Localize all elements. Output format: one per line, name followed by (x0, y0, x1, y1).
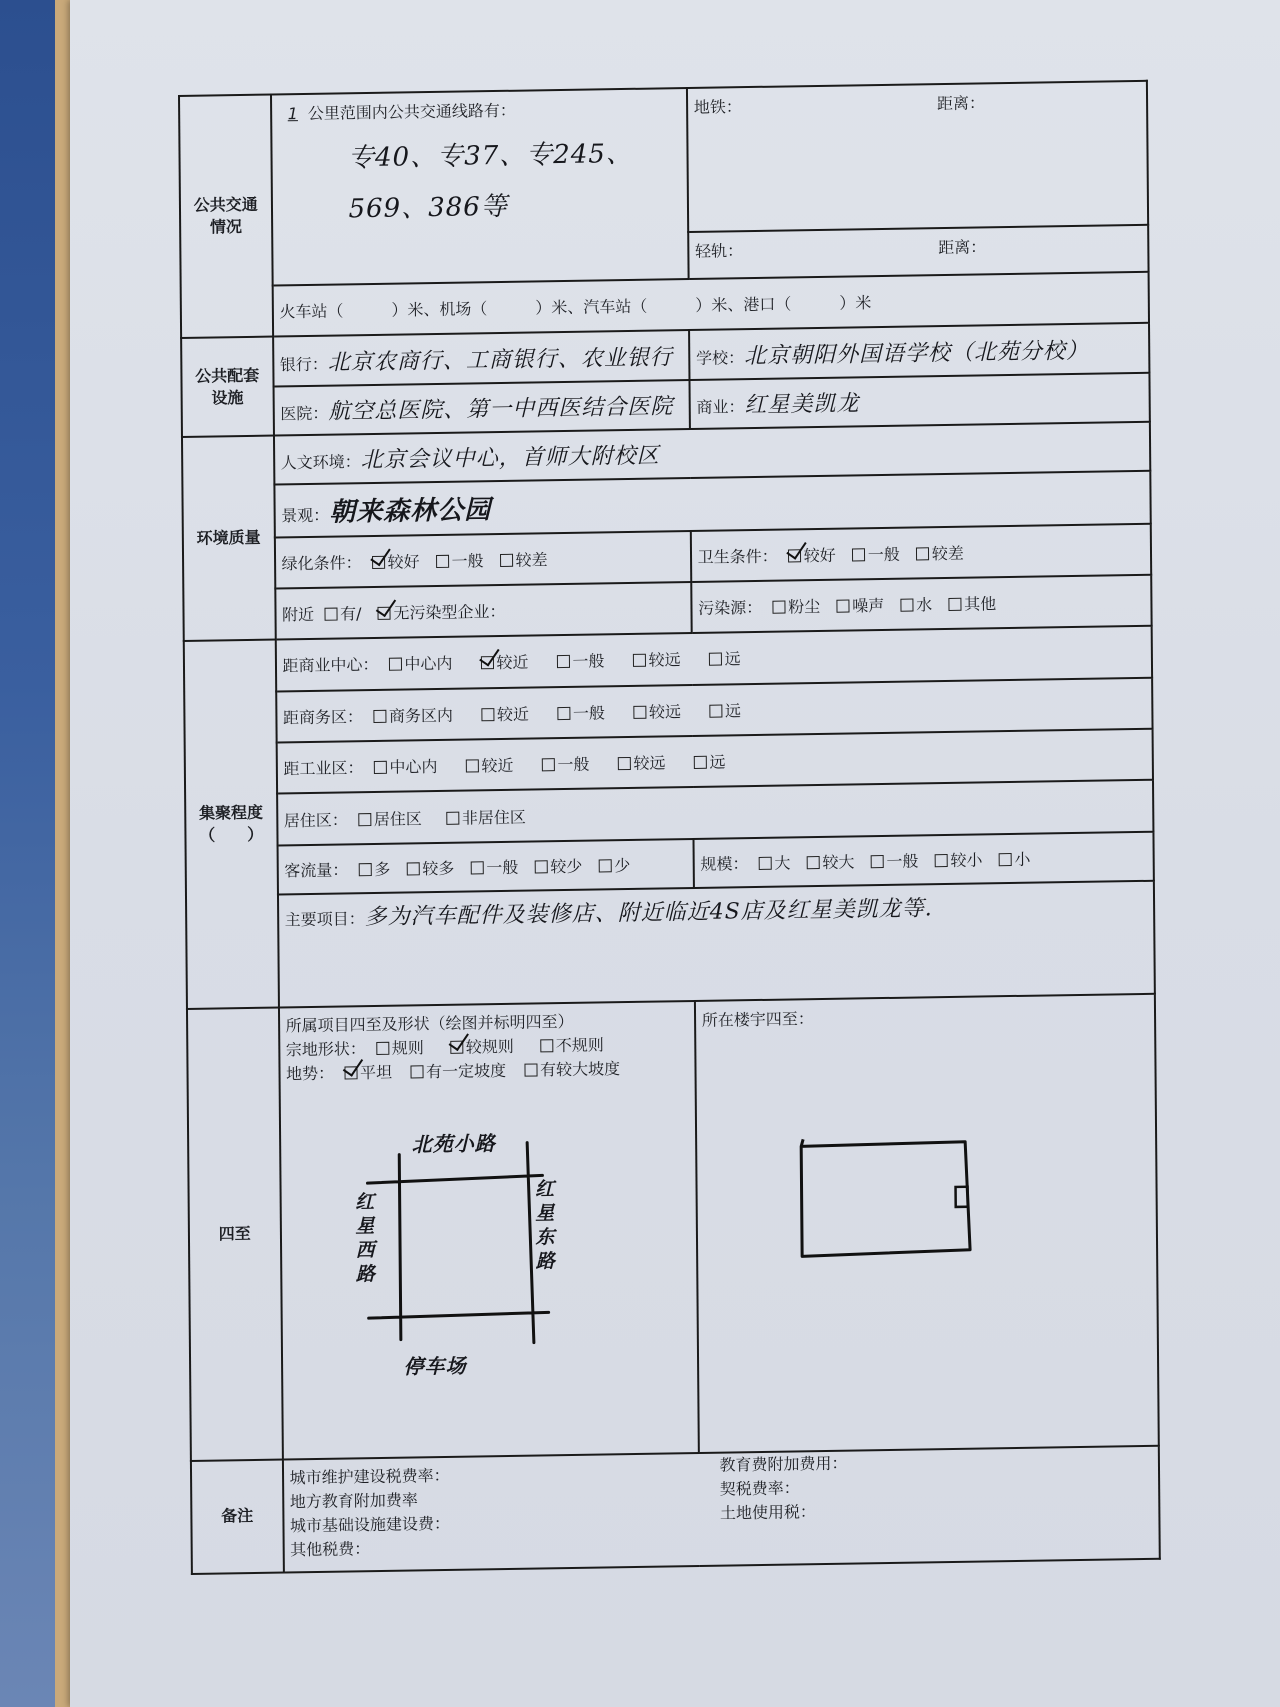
checkbox-label: 较规则 (466, 1037, 514, 1057)
bank-cell: 银行：北京农商行、工商银行、农业银行 (273, 330, 690, 386)
commerce-label: 商业： (696, 397, 744, 417)
main-projects-value[interactable]: 多为汽车配件及装修店、附近临近4S店及红星美凯龙等. (365, 896, 933, 930)
school-value[interactable]: 北京朝阳外国语学校（北苑分校） (744, 338, 1089, 368)
checkbox-icon[interactable] (410, 1065, 423, 1078)
checkbox-label: 远 (709, 753, 725, 772)
hygiene-label: 卫生条件： (698, 546, 778, 566)
checkbox-label: 较多 (422, 859, 454, 879)
checkbox-icon[interactable] (541, 758, 554, 771)
checkbox-option[interactable]: 较近 (470, 653, 528, 673)
subway-cell: 地铁： 距离： (687, 81, 1148, 232)
checkbox-label: 一般 (868, 545, 900, 565)
section-title: 公共交通 (187, 194, 265, 217)
checkbox-label: 较大 (822, 852, 854, 872)
remarks-right: 教育费附加费用： 契税费率： 土地使用税： (719, 1452, 848, 1556)
section-environment: 环境质量 (182, 435, 275, 641)
section-facilities: 公共配套 设施 (181, 337, 273, 437)
business-label: 距商务区： (283, 707, 363, 727)
checkbox-option[interactable]: 有较大坡度 (514, 1059, 620, 1080)
section-title: 环境质量 (190, 527, 268, 550)
checkbox-option[interactable]: 有一定坡度 (400, 1061, 506, 1082)
bank-label: 银行： (280, 354, 328, 374)
checkbox-option[interactable]: 规则 (366, 1038, 424, 1058)
checkbox-option[interactable]: 较差 (490, 550, 548, 570)
checkbox-icon[interactable] (557, 707, 570, 720)
checkbox-icon[interactable] (617, 757, 630, 770)
commerce-value[interactable]: 红星美凯龙 (744, 391, 859, 418)
plot-sketch-drawing (337, 1131, 639, 1396)
section-title: 公共配套 (188, 364, 266, 387)
project-boundaries-cell: 所属项目四至及形状（绘图并标明四至） 宗地形状：规则较规则不规则 地势：平坦有一… (278, 1001, 698, 1459)
checkbox-icon[interactable] (948, 598, 961, 611)
commercial-label: 距商业中心： (282, 655, 378, 676)
checkbox-label: 远 (725, 701, 741, 720)
checkbox-option[interactable]: 一般 (547, 703, 605, 723)
checkbox-option[interactable]: 较远 (623, 702, 681, 722)
nearby-options: 有/无污染型企业： (314, 602, 512, 624)
hygiene-cell: 卫生条件：较好一般较差 (691, 523, 1152, 582)
checkbox-label: 较远 (648, 651, 680, 671)
checkbox-option[interactable]: 较远 (607, 754, 665, 774)
pollution-cell: 污染源：粉尘噪声水其他 (691, 575, 1152, 634)
building-sketch-drawing (793, 1131, 1014, 1274)
checkbox-label: 一般 (572, 652, 604, 672)
checkbox-option[interactable]: 水 (890, 595, 932, 615)
stations-text: 火车站（ ）米、机场（ ）米、汽车站（ ）米、港口（ ）米 (279, 293, 871, 321)
remarks-cell: 城市维护建设税费率： 地方教育附加费率 城市基础设施建设费： 其他税费： 教育费… (282, 1446, 1159, 1573)
checkbox-icon[interactable] (556, 655, 569, 668)
checkbox-label: 居住区 (374, 809, 422, 829)
lightrail-distance-label: 距离： (938, 237, 986, 257)
scale-options: 大较大一般较小小 (748, 849, 1036, 873)
checkbox-option[interactable]: 较远 (622, 651, 680, 671)
checkbox-label: 较好 (804, 546, 836, 566)
pollution-options: 粉尘噪声水其他 (762, 594, 1002, 617)
industrial-label: 距工业区： (283, 758, 363, 778)
checkbox-label: 一般 (573, 703, 605, 723)
checkbox-icon[interactable] (358, 863, 371, 876)
checked-box-icon[interactable] (788, 549, 801, 562)
remark-item: 契税费率： (720, 1476, 848, 1502)
checkbox-label: 大 (774, 853, 790, 872)
checkbox-label: 中心内 (389, 757, 437, 777)
checked-box-icon[interactable] (344, 1066, 357, 1079)
checkbox-icon[interactable] (870, 855, 883, 868)
checked-box-icon[interactable] (377, 607, 390, 620)
section-title: 四至 (196, 1223, 274, 1246)
checkbox-option[interactable]: 较少 (524, 857, 582, 877)
checked-box-icon[interactable] (372, 556, 385, 569)
checkbox-icon[interactable] (758, 857, 771, 870)
building-heading: 所在楼宇四至： (702, 1001, 1148, 1031)
checkbox-option[interactable]: 远 (683, 753, 725, 773)
section-remarks: 备注 (191, 1459, 283, 1574)
checkbox-icon[interactable] (534, 860, 547, 873)
remark-item: 土地使用税： (720, 1500, 848, 1526)
checkbox-label: 不规则 (556, 1035, 604, 1055)
checkbox-option[interactable]: 非居住区 (436, 807, 526, 827)
checkbox-option[interactable]: 较小 (924, 850, 982, 870)
nearby-cell: 附近有/无污染型企业： (275, 582, 692, 640)
sketch-north-label: 北苑小路 (412, 1131, 496, 1156)
checkbox-label: 较远 (649, 702, 681, 722)
checkbox-label: 水 (916, 595, 932, 614)
checkbox-label: 平坦 (360, 1063, 392, 1083)
checkbox-label: 无污染型企业： (393, 602, 505, 623)
remarks-left: 城市维护建设税费率： 地方教育附加费率 城市基础设施建设费： 其他税费： (289, 1460, 720, 1563)
checkbox-icon[interactable] (693, 756, 706, 769)
section-title: 集聚程度 (192, 802, 270, 825)
checkbox-label: 一般 (557, 755, 589, 775)
checkbox-icon[interactable] (916, 547, 929, 560)
scale-label: 规模： (700, 854, 748, 874)
checkbox-label: 有一定坡度 (426, 1061, 506, 1081)
hospital-cell: 医院：航空总医院、第一中西医结合医院 (273, 380, 690, 436)
section-boundaries: 四至 (187, 1007, 282, 1460)
survey-form: 公共交通 情况 1公里范围内公共交通线路有： 专40、专37、专245、 569… (178, 80, 1161, 1575)
checkbox-option[interactable]: 不规则 (530, 1035, 604, 1055)
section-transport: 公共交通 情况 (179, 95, 273, 339)
section-title: 备注 (198, 1505, 276, 1528)
checkbox-icon[interactable] (500, 554, 513, 567)
checkbox-label: 较少 (550, 857, 582, 877)
business-options: 商务区内较近一般较远远 (363, 701, 759, 726)
checkbox-icon[interactable] (436, 555, 449, 568)
checkbox-label: 粉尘 (788, 597, 820, 617)
checkbox-icon[interactable] (934, 854, 947, 867)
checkbox-label: 一般 (886, 851, 918, 871)
industrial-options: 中心内较近一般较远远 (363, 752, 743, 777)
checkbox-icon[interactable] (772, 601, 785, 614)
checkbox-icon[interactable] (633, 706, 646, 719)
project-sketch: 北苑小路 红星西路 红星东路 停车场 (286, 1080, 691, 1416)
checkbox-icon[interactable] (998, 853, 1011, 866)
checked-box-icon[interactable] (480, 657, 493, 670)
main-projects-cell: 主要项目：多为汽车配件及装修店、附近临近4S店及红星美凯龙等. (277, 881, 1154, 1008)
checkbox-option[interactable]: 多 (348, 860, 390, 880)
section-agglomeration: 集聚程度 （ ） (184, 640, 279, 1009)
checkbox-icon[interactable] (465, 760, 478, 773)
checkbox-option[interactable]: 远 (699, 701, 741, 721)
checkbox-option[interactable]: 平坦 (334, 1063, 392, 1083)
checkbox-label: 商务区内 (389, 706, 453, 726)
checkbox-option[interactable]: 一般 (546, 652, 604, 672)
checkbox-icon[interactable] (373, 710, 386, 723)
subway-label: 地铁： (694, 97, 742, 117)
checkbox-icon[interactable] (376, 1042, 389, 1055)
nearby-prefix: 附近 (282, 605, 314, 625)
hygiene-options: 较好一般较差 (778, 543, 970, 565)
checkbox-option[interactable]: 粉尘 (762, 597, 820, 617)
checkbox-icon[interactable] (446, 811, 459, 824)
commerce-cell: 商业：红星美凯龙 (689, 372, 1150, 429)
section-title: 设施 (189, 386, 267, 409)
radius-label: 公里范围内公共交通线路有： (308, 101, 516, 123)
checkbox-label: 较好 (388, 552, 420, 572)
checkbox-option[interactable]: 中心内 (378, 654, 452, 674)
checkbox-icon[interactable] (406, 862, 419, 875)
checkbox-option[interactable]: 远 (698, 650, 740, 670)
checkbox-option[interactable]: 较规则 (440, 1037, 514, 1057)
checkbox-option[interactable]: 一般 (531, 755, 589, 775)
routes-line1[interactable]: 专40、专37、专245、 (348, 132, 680, 174)
checkbox-label: 小 (1014, 850, 1030, 869)
terrain-options: 平坦有一定坡度有较大坡度 (334, 1059, 628, 1083)
checkbox-label: 多 (374, 860, 390, 879)
checkbox-option[interactable]: 噪声 (826, 596, 884, 616)
checkbox-label: 一般 (452, 551, 484, 571)
residential-options: 居住区非居住区 (348, 807, 540, 829)
checkbox-label: 其他 (964, 594, 996, 614)
checkbox-label: 少 (614, 856, 630, 875)
bank-value[interactable]: 北京农商行、工商银行、农业银行 (328, 345, 673, 375)
checkbox-label: 较差 (932, 544, 964, 564)
greening-label: 绿化条件： (282, 553, 362, 573)
checkbox-icon[interactable] (836, 600, 849, 613)
remark-item: 教育费附加费用： (719, 1452, 847, 1478)
checkbox-label: 远 (724, 650, 740, 669)
checkbox-option[interactable]: 居住区 (348, 809, 422, 829)
checkbox-option[interactable]: 大 (748, 853, 790, 873)
checkbox-option[interactable]: 小 (988, 850, 1030, 870)
checkbox-option[interactable]: 少 (588, 856, 630, 876)
routes-line2[interactable]: 569、386等 (348, 183, 680, 225)
checkbox-label: 较近 (496, 653, 528, 673)
hospital-label: 医院： (280, 403, 328, 423)
building-boundaries-cell: 所在楼宇四至： (695, 994, 1159, 1453)
checkbox-icon[interactable] (373, 761, 386, 774)
section-title-blank[interactable]: （ ） (192, 824, 270, 847)
checkbox-icon[interactable] (632, 654, 645, 667)
checkbox-label: 较差 (516, 550, 548, 570)
school-cell: 学校：北京朝阳外国语学校（北苑分校） (689, 323, 1150, 380)
checkbox-icon[interactable] (852, 548, 865, 561)
checkbox-option[interactable]: 较多 (396, 859, 454, 879)
checkbox-icon[interactable] (900, 599, 913, 612)
landscape-value[interactable]: 朝来森林公园 (329, 495, 491, 528)
checkbox-option[interactable]: 一般 (842, 545, 900, 565)
checkbox-icon[interactable] (470, 861, 483, 874)
checkbox-icon[interactable] (388, 658, 401, 671)
checkbox-label: 较小 (950, 850, 982, 870)
checkbox-option[interactable]: 较差 (906, 544, 964, 564)
subway-distance-label: 距离： (937, 93, 985, 113)
checkbox-label: 中心内 (404, 654, 452, 674)
checkbox-option[interactable]: 商务区内 (363, 706, 453, 726)
greening-options: 较好一般较差 (362, 550, 554, 572)
checkbox-option[interactable]: 较近 (471, 704, 529, 724)
main-projects-label: 主要项目： (285, 909, 365, 929)
checkbox-icon[interactable] (324, 608, 337, 621)
checkbox-icon[interactable] (540, 1039, 553, 1052)
terrain-label: 地势： (286, 1064, 334, 1084)
checkbox-icon[interactable] (709, 704, 722, 717)
traffic-cell: 客流量：多较多一般较少少 (277, 839, 694, 895)
traffic-options: 多较多一般较少少 (348, 856, 636, 880)
checkbox-label: 噪声 (852, 596, 884, 616)
transport-routes-cell: 1公里范围内公共交通线路有： 专40、专37、专245、 569、386等 (271, 88, 689, 286)
traffic-label: 客流量： (284, 860, 348, 880)
checkbox-option[interactable]: 中心内 (363, 757, 437, 777)
checkbox-label: 有/ (340, 604, 362, 623)
checkbox-label: 规则 (392, 1038, 424, 1058)
checkbox-label: 非居住区 (462, 807, 526, 827)
checkbox-option[interactable]: 较近 (455, 756, 513, 776)
school-label: 学校： (696, 348, 744, 368)
residential-label: 居住区： (284, 810, 348, 830)
checkbox-icon[interactable] (806, 856, 819, 869)
greening-cell: 绿化条件：较好一般较差 (274, 531, 691, 589)
checkbox-icon[interactable] (358, 813, 371, 826)
checkbox-label: 较远 (633, 754, 665, 774)
checkbox-option[interactable]: 有/ (314, 604, 362, 624)
landscape-label: 景观： (281, 506, 329, 526)
radius-value[interactable]: 1 (278, 104, 308, 123)
checkbox-option[interactable]: 一般 (460, 858, 518, 878)
scale-cell: 规模：大较大一般较小小 (693, 831, 1154, 888)
checkbox-icon[interactable] (524, 1063, 537, 1076)
checkbox-icon[interactable] (708, 653, 721, 666)
survey-table: 公共交通 情况 1公里范围内公共交通线路有： 专40、专37、专245、 569… (178, 80, 1161, 1575)
shape-options: 规则较规则不规则 (366, 1035, 620, 1058)
checkbox-option[interactable]: 较好 (362, 552, 420, 572)
culture-value[interactable]: 北京会议中心，首师大附校区 (361, 444, 660, 474)
sketch-west-label: 红星西路 (355, 1190, 378, 1286)
checkbox-option[interactable]: 无污染型企业： (367, 602, 505, 623)
hospital-value[interactable]: 航空总医院、第一中西医结合医院 (328, 394, 673, 424)
culture-label: 人文环境： (281, 452, 361, 472)
sketch-south-label: 停车场 (404, 1354, 467, 1379)
sketch-east-label: 红星东路 (535, 1177, 558, 1273)
checkbox-option[interactable]: 其他 (938, 594, 996, 614)
pollution-label: 污染源： (698, 598, 762, 618)
lightrail-label: 轻轨： (695, 241, 743, 261)
checkbox-icon[interactable] (598, 859, 611, 872)
checkbox-label: 一般 (486, 858, 518, 878)
checkbox-option[interactable]: 较好 (778, 546, 836, 566)
checkbox-label: 有较大坡度 (540, 1059, 620, 1079)
checkbox-option[interactable]: 一般 (860, 851, 918, 871)
checkbox-option[interactable]: 一般 (426, 551, 484, 571)
lightrail-cell: 轻轨： 距离： (688, 225, 1149, 279)
checkbox-label: 较近 (497, 704, 529, 724)
checkbox-label: 较近 (481, 756, 513, 776)
checkbox-icon[interactable] (481, 708, 494, 721)
section-title: 情况 (187, 216, 265, 239)
checked-box-icon[interactable] (450, 1041, 463, 1054)
checkbox-option[interactable]: 较大 (796, 852, 854, 872)
commercial-options: 中心内较近一般较远远 (378, 649, 758, 674)
